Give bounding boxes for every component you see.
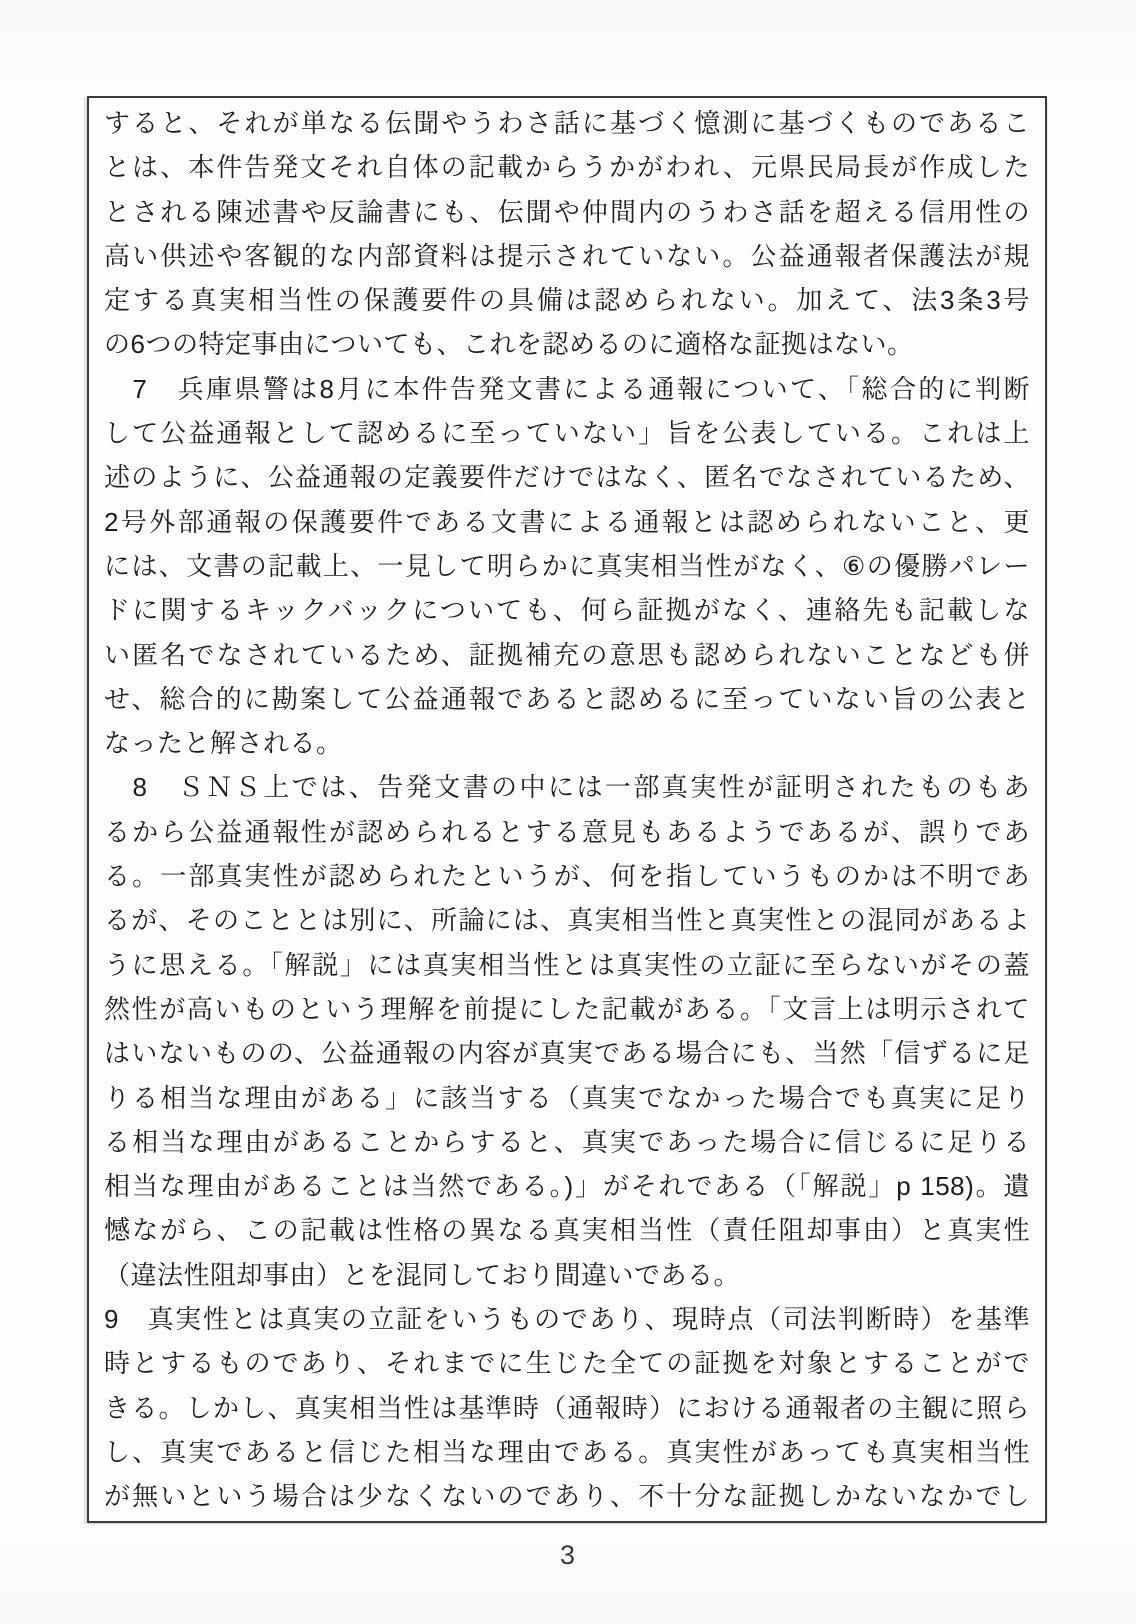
text-line: せ、総合的に勘案して公益通報であると認めるに至っていない旨の公表と <box>104 677 1030 721</box>
text-line: し、真実であると信じた相当な理由である。真実性があっても真実相当性 <box>104 1430 1030 1474</box>
text-line: 然性が高いものという理解を前提にした記載がある。「文言上は明示されて <box>104 987 1030 1031</box>
text-line: 高い供述や客観的な内部資料は提示されていない。公益通報者保護法が規 <box>104 234 1030 278</box>
text-line: 8 ＳＮＳ上では、告発文書の中には一部真実性が証明されたものもあ <box>104 765 1030 809</box>
text-line: るが、そのこととは別に、所論には、真実相当性と真実性との混同があるよ <box>104 898 1030 942</box>
text-line: る相当な理由があることからすると、真実であった場合に信じるに足りる <box>104 1120 1030 1164</box>
text-line: すると、それが単なる伝聞やうわさ話に基づく憶測に基づくものであるこ <box>104 101 1030 145</box>
text-line: 時とするものであり、それまでに生じた全ての証拠を対象とすることがで <box>104 1341 1030 1385</box>
text-line: はいないものの、公益通報の内容が真実である場合にも、当然「信ずるに足 <box>104 1031 1030 1075</box>
text-line: なったと解される。 <box>104 721 1030 765</box>
text-line: 述のように、公益通報の定義要件だけではなく、匿名でなされているため、 <box>104 455 1030 499</box>
text-line: りる相当な理由がある」に該当する（真実でなかった場合でも真実に足り <box>104 1076 1030 1120</box>
text-line: 定する真実相当性の保護要件の具備は認められない。加えて、法3条3号 <box>104 278 1030 322</box>
text-line: い匿名でなされているため、証拠補充の意思も認められないことなども併 <box>104 633 1030 677</box>
text-line: 相当な理由があることは当然である。)」がそれである（「解説」p 158)。遺 <box>104 1164 1030 1208</box>
text-line: きる。しかし、真実相当性は基準時（通報時）における通報者の主観に照ら <box>104 1386 1030 1430</box>
text-line: るから公益通報性が認められるとする意見もあるようであるが、誤りであ <box>104 810 1030 854</box>
text-line: る。一部真実性が認められたというが、何を指していうものかは不明であ <box>104 854 1030 898</box>
text-line: とは、本件告発文それ自体の記載からうかがわれ、元県民局長が作成した <box>104 145 1030 189</box>
text-line: して公益通報として認めるに至っていない」旨を公表している。これは上 <box>104 411 1030 455</box>
document-lines: すると、それが単なる伝聞やうわさ話に基づく憶測に基づくものであることは、本件告発… <box>104 101 1030 1519</box>
text-line: 9 真実性とは真実の立証をいうものであり、現時点（司法判断時）を基準 <box>104 1297 1030 1341</box>
text-line: 2号外部通報の保護要件である文書による通報とは認められないこと、更 <box>104 500 1030 544</box>
text-line: が無いという場合は少なくないのであり、不十分な証拠しかないなかでし <box>104 1474 1030 1518</box>
text-line: うに思える。「解説」には真実相当性とは真実性の立証に至らないがその蓋 <box>104 943 1030 987</box>
text-line: 憾ながら、この記載は性格の異なる真実相当性（責任阻却事由）と真実性 <box>104 1208 1030 1252</box>
page-number: 3 <box>0 1540 1136 1571</box>
text-line: の6つの特定事由についても、これを認めるのに適格な証拠はない。 <box>104 322 1030 366</box>
text-line: 7 兵庫県警は8月に本件告発文書による通報について、「総合的に判断 <box>104 367 1030 411</box>
text-line: ドに関するキックバックについても、何ら証拠がなく、連絡先も記載しな <box>104 588 1030 632</box>
text-line: には、文書の記載上、一見して明らかに真実相当性がなく、⑥の優勝パレー <box>104 544 1030 588</box>
text-line: （違法性阻却事由）とを混同しており間違いである。 <box>104 1253 1030 1297</box>
text-line: とされる陳述書や反論書にも、伝聞や仲間内のうわさ話を超える信用性の <box>104 190 1030 234</box>
document-page: すると、それが単なる伝聞やうわさ話に基づく憶測に基づくものであることは、本件告発… <box>87 96 1047 1523</box>
